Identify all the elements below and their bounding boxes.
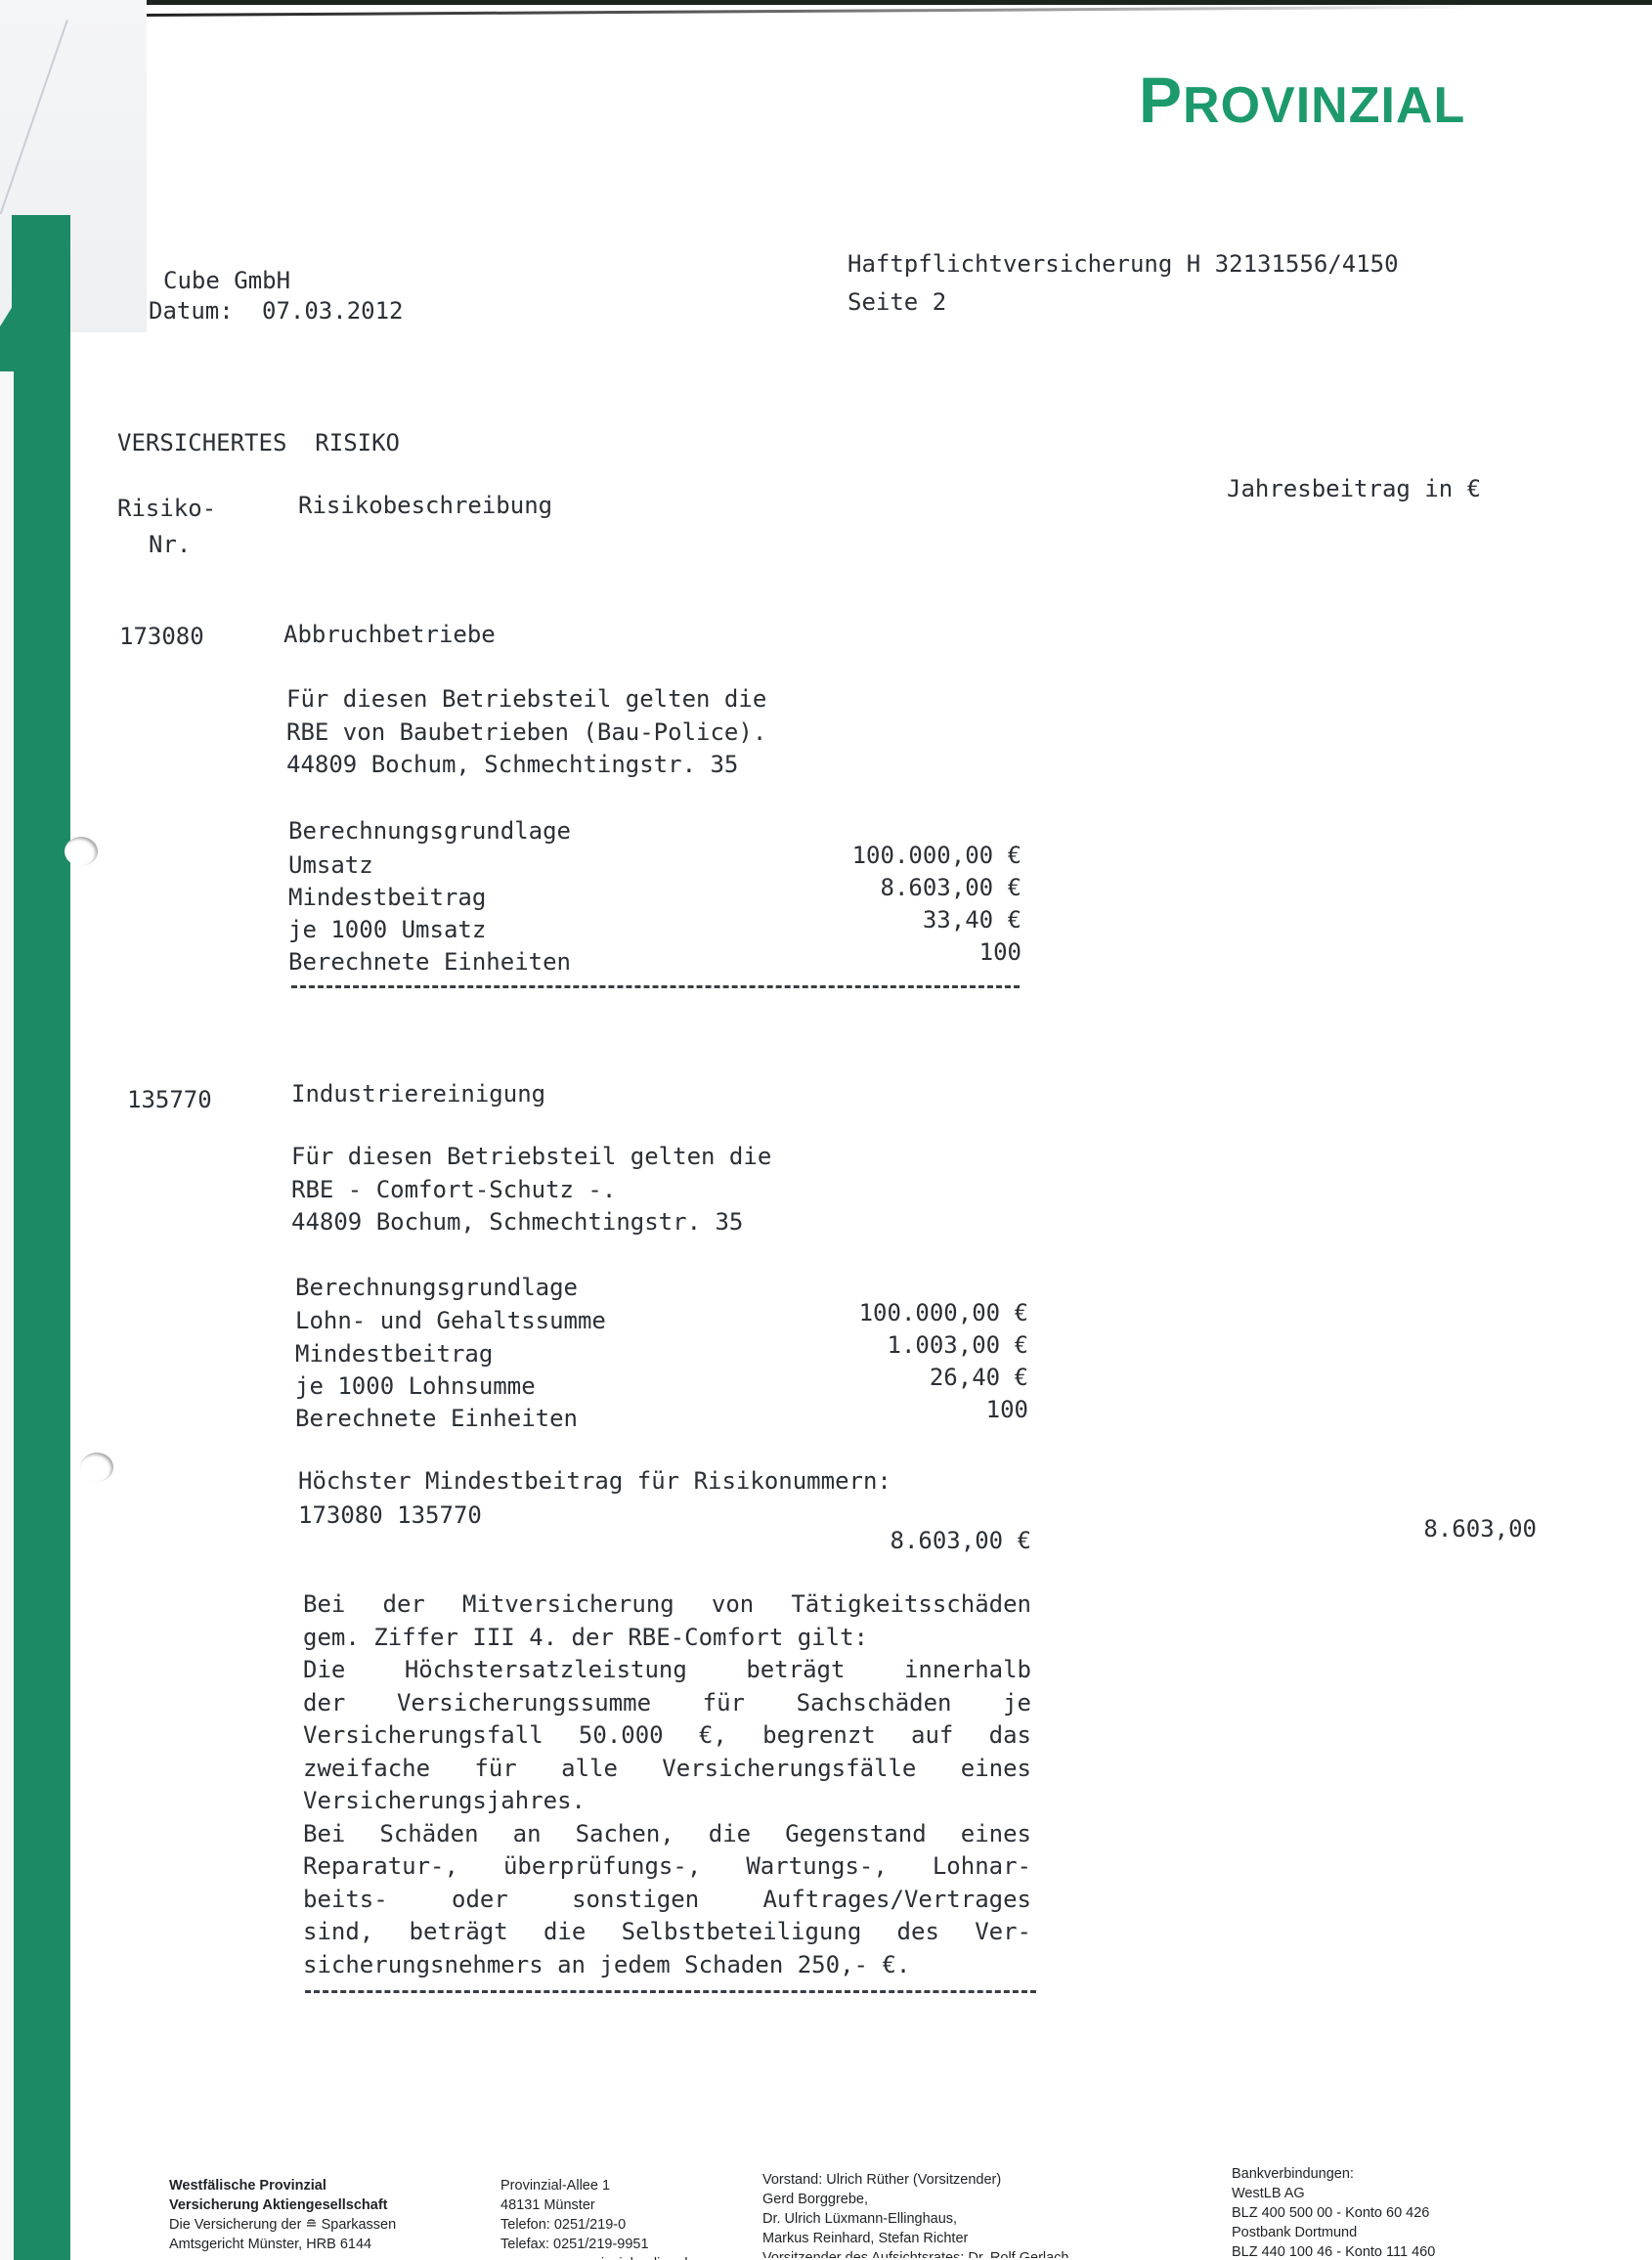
footer-bank-name: Postbank Dortmund (1232, 2223, 1435, 2242)
clause-line: der Versicherungssumme für Sachschäden j… (303, 1687, 1031, 1720)
clause-paragraph: Bei der Mitversicherung von Tätigkeitssc… (303, 1588, 1031, 1981)
logo-rest: ROVINZIAL (1183, 77, 1465, 134)
col-description: Risikobeschreibung (298, 491, 552, 520)
risk-number: 135770 (127, 1085, 212, 1114)
clause-line: zweifache für alle Versicherungsfälle ei… (303, 1753, 1031, 1786)
footer-address: Provinzial-Allee 1 48131 Münster Telefon… (500, 2176, 696, 2260)
col-risk-no: Risiko- (117, 494, 216, 523)
footer-bank-account: BLZ 400 500 00 - Konto 60 426 (1232, 2203, 1435, 2223)
footer-board: Vorstand: Ulrich Rüther (Vorsitzender) G… (762, 2170, 1069, 2258)
clause-line: beits- oder sonstigen Auftrages/Vertrage… (303, 1884, 1031, 1917)
separator-dashes (291, 985, 1020, 988)
footer-board-member: Markus Reinhard, Stefan Richter (762, 2229, 1069, 2248)
basis-row-value: 100 (684, 937, 1022, 967)
recipient-company: Cube GmbH (163, 266, 290, 295)
footer-company-tagline: Die Versicherung der ≘ Sparkassen (169, 2215, 396, 2235)
basis-row-value: 100.000,00 € (684, 1298, 1028, 1327)
risk-terms-line: 44809 Bochum, Schmechtingstr. 35 (291, 1207, 743, 1237)
footer-company-name: Westfälische Provinzial (169, 2176, 396, 2195)
footer-company: Westfälische Provinzial Versicherung Akt… (169, 2176, 396, 2254)
footer-supervisory-chair: Vorsitzender des Aufsichtsrates: Dr. Rol… (762, 2248, 1069, 2258)
footer-company-type: Versicherung Aktiengesellschaft (169, 2195, 396, 2215)
annual-premium-header: Jahresbeitrag in € (1227, 474, 1481, 503)
green-side-stripe (12, 215, 70, 2260)
basis-row-value: 26,40 € (684, 1363, 1028, 1392)
clause-line: Bei der Mitversicherung von Tätigkeitssc… (303, 1588, 1031, 1622)
max-minimum-value: 8.603,00 € (684, 1526, 1031, 1555)
clause-line: Versicherungsjahres. (303, 1785, 1031, 1818)
date-label: Datum: (149, 296, 234, 326)
provinzial-logo: PROVINZIAL (1139, 70, 1465, 135)
basis-label: Berechnungsgrundlage (288, 816, 571, 846)
risk-terms-line: RBE - Comfort-Schutz -. (291, 1175, 616, 1204)
footer-bank-name: WestLB AG (1232, 2184, 1435, 2203)
basis-row-value: 100.000,00 € (684, 841, 1022, 870)
stripe-margin (0, 371, 14, 2260)
footer-board-chair: Vorstand: Ulrich Rüther (Vorsitzender) (762, 2170, 1069, 2190)
basis-row-value: 100 (684, 1395, 1028, 1424)
risk-terms-line: 44809 Bochum, Schmechtingstr. 35 (286, 750, 738, 779)
clause-line: Reparatur-, überprüfungs-, Wartungs-, Lo… (303, 1850, 1031, 1884)
separator-dashes (305, 1990, 1036, 1993)
punch-hole-top (65, 837, 98, 866)
footer-company-register: Amtsgericht Münster, HRB 6144 (169, 2235, 396, 2254)
footer-bank: Bankverbindungen: WestLB AG BLZ 400 500 … (1232, 2164, 1435, 2260)
risk-number: 173080 (119, 622, 204, 651)
scan-border (0, 0, 1652, 5)
footer-board-member: Gerd Borggrebe, (762, 2190, 1069, 2209)
clause-line: Bei Schäden an Sachen, die Gegenstand ei… (303, 1818, 1031, 1851)
risk-terms-line: Für diesen Betriebsteil gelten die (286, 684, 766, 714)
logo-initial: P (1139, 64, 1183, 136)
policy-reference: Haftpflichtversicherung H 32131556/4150 (848, 249, 1399, 279)
basis-row-label: Umsatz (288, 850, 373, 880)
footer-bank-title: Bankverbindungen: (1232, 2164, 1435, 2184)
footer-fax: Telefax: 0251/219-9951 (500, 2235, 696, 2254)
basis-row-label: Berechnete Einheiten (295, 1404, 578, 1433)
max-minimum-label: Höchster Mindestbeitrag für Risikonummer… (298, 1466, 891, 1496)
clause-line: sind, beträgt die Selbstbeteiligung des … (303, 1916, 1031, 1949)
document-date: 07.03.2012 (262, 296, 404, 326)
footer-street: Provinzial-Allee 1 (500, 2176, 696, 2195)
basis-row-label: je 1000 Umsatz (288, 915, 486, 944)
basis-row-value: 33,40 € (684, 905, 1022, 934)
section-title: VERSICHERTES RISIKO (117, 428, 400, 457)
footer-bank-account: BLZ 440 100 46 - Konto 111 460 (1232, 2242, 1435, 2260)
basis-row-label: Mindestbeitrag (288, 883, 486, 912)
annual-premium-total: 8.603,00 (1329, 1514, 1537, 1543)
punch-hole-bottom (80, 1453, 113, 1482)
basis-label: Berechnungsgrundlage (295, 1273, 578, 1302)
clause-line: Versicherungsfall 50.000 €, begrenzt auf… (303, 1719, 1031, 1753)
risk-terms-line: Für diesen Betriebsteil gelten die (291, 1142, 771, 1171)
footer-board-member: Dr. Ulrich Lüxmann-Ellinghaus, (762, 2209, 1069, 2229)
basis-row-label: Berechnete Einheiten (288, 947, 571, 977)
footer-phone: Telefon: 0251/219-0 (500, 2215, 696, 2235)
basis-row-value: 1.003,00 € (684, 1330, 1028, 1360)
risk-terms-line: RBE von Baubetrieben (Bau-Police). (286, 717, 766, 747)
basis-row-value: 8.603,00 € (684, 873, 1022, 902)
clause-line: Die Höchstersatzleistung beträgt innerha… (303, 1654, 1031, 1687)
basis-row-label: Lohn- und Gehaltssumme (295, 1306, 606, 1335)
risk-name: Abbruchbetriebe (283, 620, 496, 649)
clause-line: gem. Ziffer III 4. der RBE-Comfort gilt: (303, 1622, 1031, 1655)
risk-name: Industriereinigung (291, 1079, 545, 1108)
footer-website: www.provinzial-online.de (500, 2254, 696, 2260)
footer-city: 48131 Münster (500, 2195, 696, 2215)
page-top-edge (147, 6, 1476, 17)
basis-row-label: je 1000 Lohnsumme (295, 1371, 536, 1401)
clause-line: sicherungsnehmers an jedem Schaden 250,-… (303, 1949, 1031, 1982)
basis-row-label: Mindestbeitrag (295, 1339, 493, 1369)
col-risk-no-2: Nr. (149, 530, 191, 559)
page-number: Seite 2 (848, 287, 946, 317)
max-minimum-risk-numbers: 173080 135770 (298, 1500, 482, 1530)
